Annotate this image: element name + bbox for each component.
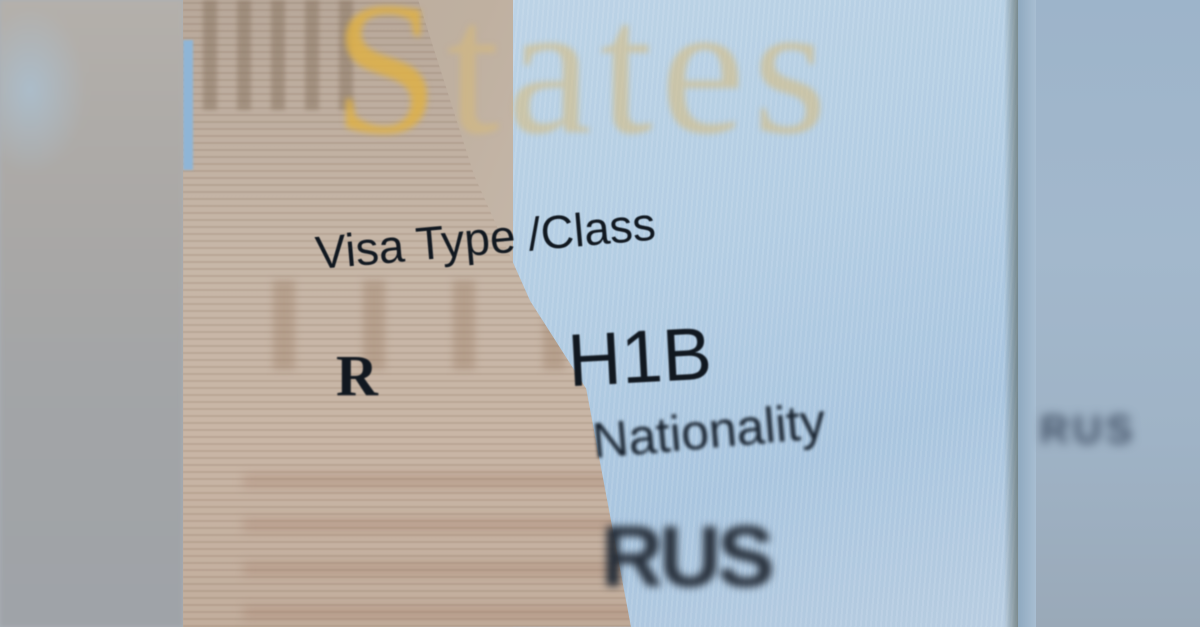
- blurred-left-margin: [0, 0, 183, 627]
- entry-code-value: R: [336, 342, 378, 409]
- watermark-rest: tates: [447, 0, 835, 174]
- blurred-margin-text: RUS: [1040, 408, 1136, 453]
- nationality-value: RUS: [601, 508, 771, 607]
- states-watermark: States: [333, 0, 835, 178]
- right-margin-edge: [1018, 0, 1036, 627]
- visa-photo: States Visa Type /Class R H1B Nationalit…: [183, 0, 1018, 627]
- visa-class-value: H1B: [566, 311, 714, 403]
- security-strip: [183, 40, 193, 170]
- blurred-right-margin: RUS: [1018, 0, 1200, 627]
- page-edge-shadow: [1004, 0, 1018, 627]
